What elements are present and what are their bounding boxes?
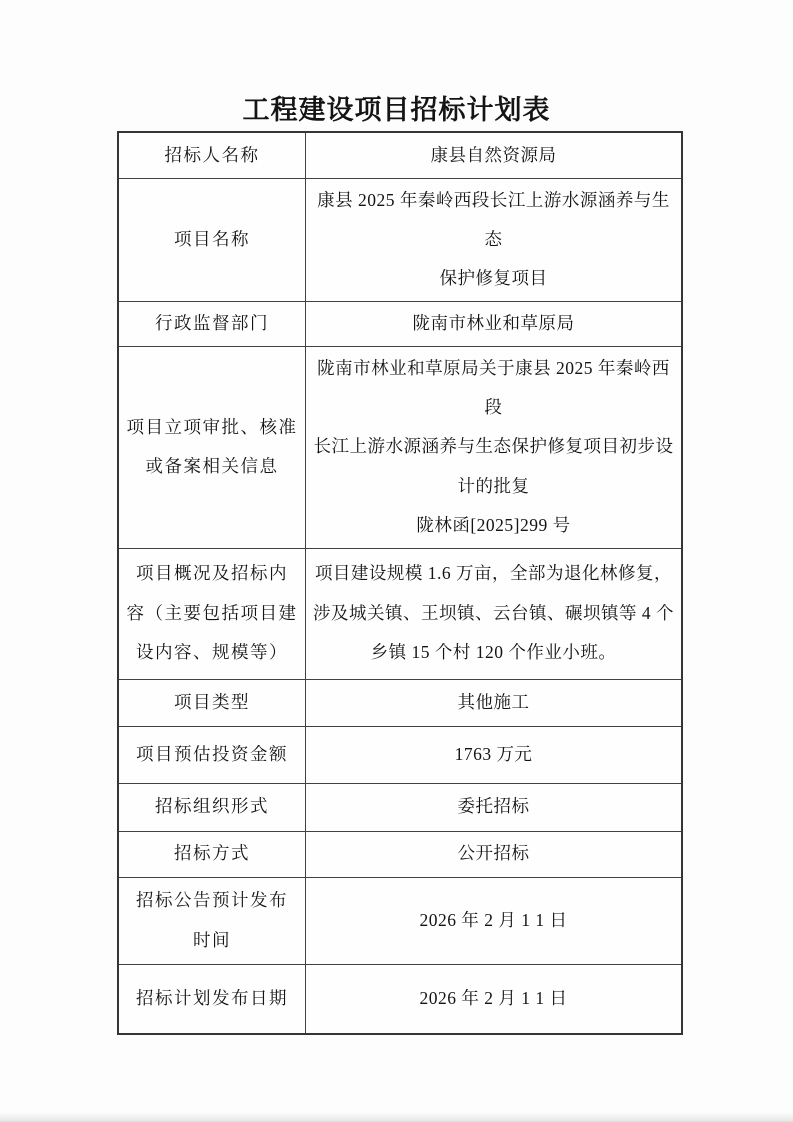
bidding-method-label: 招标方式 <box>118 831 306 877</box>
table-row-bidding-organization-form: 招标组织形式 委托招标 <box>118 783 682 831</box>
project-overview-value: 项目建设规模 1.6 万亩，全部为退化林修复， 涉及城关镇、王坝镇、云台镇、碾坝… <box>306 548 683 679</box>
scan-artifact-bottom <box>0 1112 793 1122</box>
project-type-value: 其他施工 <box>306 679 683 726</box>
document-title: 工程建设项目招标计划表 <box>0 88 793 127</box>
project-overview-label: 项目概况及招标内 容（主要包括项目建 设内容、规模等） <box>118 548 306 679</box>
project-name-label: 项目名称 <box>118 178 306 301</box>
approval-document-title: 陇南市林业和草原局关于康县 2025 年秦岭西段 长江上游水源涵养与生态保护修复… <box>312 349 675 507</box>
scanned-document-page: 工程建设项目招标计划表 招标人名称 康县自然资源局 项目名称 康县 2025 年… <box>0 0 793 1122</box>
supervising-department-value: 陇南市林业和草原局 <box>306 301 683 346</box>
estimated-investment-value: 1763 万元 <box>306 726 683 783</box>
table-row-plan-publish-date: 招标计划发布日期 2026 年 2 月 1 1 日 <box>118 964 682 1034</box>
bidding-plan-table: 招标人名称 康县自然资源局 项目名称 康县 2025 年秦岭西段长江上游水源涵养… <box>117 131 683 1035</box>
supervising-department-label: 行政监督部门 <box>118 301 306 346</box>
project-type-label: 项目类型 <box>118 679 306 726</box>
table-row-supervising-department: 行政监督部门 陇南市林业和草原局 <box>118 301 682 346</box>
project-name-value: 康县 2025 年秦岭西段长江上游水源涵养与生态 保护修复项目 <box>306 178 683 301</box>
table-row-bidding-method: 招标方式 公开招标 <box>118 831 682 877</box>
table-row-approval-info: 项目立项审批、核准 或备案相关信息 陇南市林业和草原局关于康县 2025 年秦岭… <box>118 346 682 548</box>
bidding-method-value: 公开招标 <box>306 831 683 877</box>
table-row-project-type: 项目类型 其他施工 <box>118 679 682 726</box>
table-row-tenderer-name: 招标人名称 康县自然资源局 <box>118 132 682 178</box>
table-row-project-overview: 项目概况及招标内 容（主要包括项目建 设内容、规模等） 项目建设规模 1.6 万… <box>118 548 682 679</box>
tenderer-name-value: 康县自然资源局 <box>306 132 683 178</box>
announcement-expected-date-value: 2026 年 2 月 1 1 日 <box>306 877 683 964</box>
table-row-project-name: 项目名称 康县 2025 年秦岭西段长江上游水源涵养与生态 保护修复项目 <box>118 178 682 301</box>
bidding-organization-form-value: 委托招标 <box>306 783 683 831</box>
approval-info-value: 陇南市林业和草原局关于康县 2025 年秦岭西段 长江上游水源涵养与生态保护修复… <box>306 346 683 548</box>
table-row-estimated-investment: 项目预估投资金额 1763 万元 <box>118 726 682 783</box>
table-row-announcement-expected-date: 招标公告预计发布 时间 2026 年 2 月 1 1 日 <box>118 877 682 964</box>
estimated-investment-label: 项目预估投资金额 <box>118 726 306 783</box>
bidding-organization-form-label: 招标组织形式 <box>118 783 306 831</box>
tenderer-name-label: 招标人名称 <box>118 132 306 178</box>
announcement-expected-date-label: 招标公告预计发布 时间 <box>118 877 306 964</box>
plan-publish-date-value: 2026 年 2 月 1 1 日 <box>306 964 683 1034</box>
plan-publish-date-label: 招标计划发布日期 <box>118 964 306 1034</box>
approval-info-label: 项目立项审批、核准 或备案相关信息 <box>118 346 306 548</box>
approval-document-number: 陇林函[2025]299 号 <box>312 506 675 545</box>
